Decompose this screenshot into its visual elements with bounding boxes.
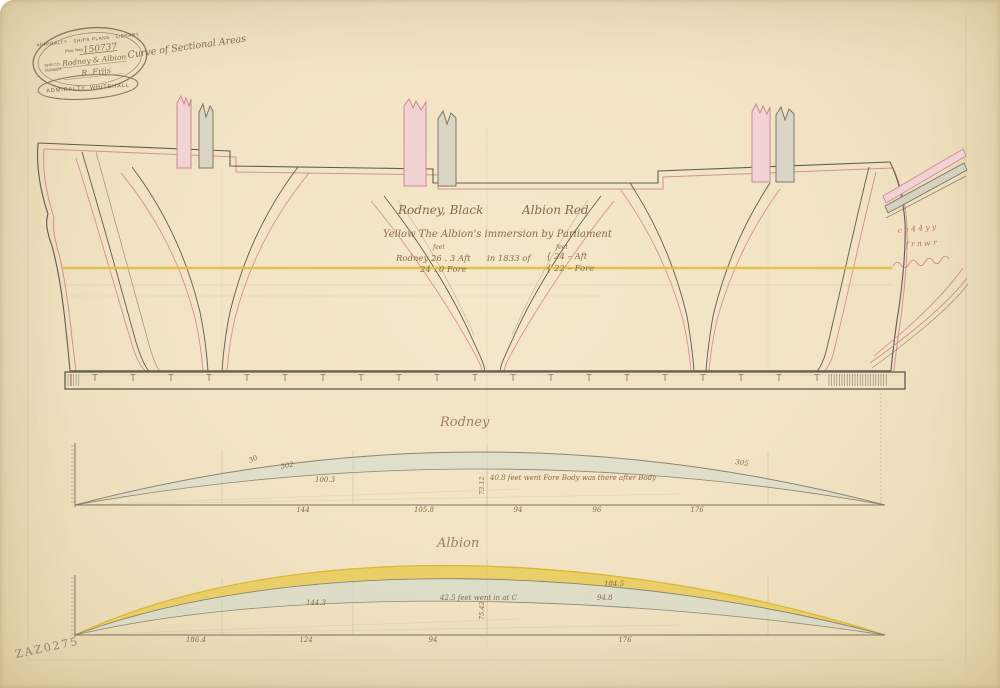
albion-area-curve-chart: Albion 184.5 42.5 feet went in at C 94.8…	[71, 536, 885, 644]
rodney-curve-label: Rodney	[439, 415, 490, 430]
legend-feet-right: feet	[555, 244, 568, 251]
rodney-base-5: 176	[690, 506, 704, 514]
station-curve-albion-aft	[121, 173, 309, 371]
scalebar-comb-left	[68, 374, 79, 386]
hull-rodney-black	[38, 143, 906, 371]
stamp-signature: R. Friis	[80, 66, 111, 78]
rodney-note: 40.8 feet went Fore Body was there after…	[489, 474, 657, 482]
rodney-base-4: 96	[593, 506, 602, 514]
rodney-n1003: 100.3	[315, 476, 336, 484]
albion-note: 42.5 feet went in at C	[439, 594, 518, 602]
station-curve-albion-fore	[620, 189, 780, 371]
rodney-area-curve-chart: Rodney 30 302 100.3 40.8 feet went Fore …	[71, 415, 885, 514]
head-rail-rodney	[872, 284, 968, 368]
mainmast-albion	[404, 99, 426, 186]
albion-base-2: 124	[299, 636, 312, 644]
albion-curve-label: Albion	[436, 536, 479, 551]
legend-draught-row1-right: { 24 – Aft	[546, 252, 588, 262]
red-scallop-marks	[893, 256, 949, 268]
rodney-base-1: 144	[296, 506, 309, 514]
rodney-n305: 305	[735, 458, 750, 468]
archive-number: ZAZ0275	[14, 635, 81, 661]
tick	[68, 374, 79, 386]
bow-curve-albion	[824, 172, 876, 371]
legend-draught-row1-mid: in 1833 of	[487, 254, 532, 264]
stamp-neg-label: Phot. Neg.	[65, 47, 84, 54]
bow-scribble-1: c e 4 4 y y	[897, 222, 937, 235]
tick	[829, 374, 886, 386]
stern-curve-rodney-2	[96, 152, 160, 371]
albion-axis-comb	[71, 578, 75, 634]
albion-stack: 75.42	[478, 601, 486, 620]
station-curve-rodney-fore	[630, 183, 770, 371]
stamp-ship-names: Rodney & Albion	[61, 52, 127, 68]
foremast-rodney	[199, 104, 213, 168]
albion-base-3: 94	[429, 636, 438, 644]
foremast-albion	[177, 96, 191, 168]
albion-base-1: 186.4	[186, 636, 206, 644]
legend-draught-row1-left: Rodney 26 . 3 Aft	[395, 254, 471, 264]
albion-n1443: 144.3	[306, 599, 327, 607]
bowsprit	[883, 149, 967, 218]
stern-curve-rodney-1	[82, 152, 149, 371]
mizzenmast-albion	[752, 104, 770, 182]
legend-yellow-note: Yellow The Albion's immersion by Parliam…	[383, 229, 613, 240]
stamp-number-label: NUMBER	[45, 67, 62, 73]
scalebar-comb-right	[829, 374, 886, 386]
legend-rodney-black: Rodney, Black	[397, 203, 483, 217]
rodney-stack: 73.12	[478, 476, 486, 495]
station-lines-faint	[222, 168, 768, 371]
albion-fan-lines	[75, 619, 680, 635]
legend-draught-row2-left: 24 . 0 Fore	[419, 265, 467, 275]
scalebar-ticks	[93, 375, 820, 382]
ship-plan-drawing: ADMIRALTY · SHIPS PLANS · LIBRARY SHIP C…	[0, 0, 1000, 688]
legend-feet-left: feet	[432, 244, 445, 251]
stern-outline-albion	[44, 149, 76, 371]
mainmast-rodney	[438, 111, 456, 186]
aged-drawing-sheet: ADMIRALTY · SHIPS PLANS · LIBRARY SHIP C…	[0, 0, 1000, 688]
albion-n1845: 184.5	[604, 580, 625, 588]
head-rails-albion	[870, 268, 967, 363]
legend-albion-red: Albion Red	[521, 203, 589, 217]
station-curve-rodney-mid	[384, 196, 601, 371]
stamp-annotation: Curve of Sectional Areas	[127, 33, 247, 61]
tick	[93, 375, 820, 382]
rodney-fan-lines	[75, 489, 680, 505]
mizzenmast-rodney	[776, 107, 794, 182]
albion-base-4: 176	[618, 636, 632, 644]
whitehall-text: ADMIRALTY, WHITEHALL	[46, 83, 130, 95]
station-curve-albion-mid	[371, 201, 614, 371]
rodney-base-2: 105.8	[414, 506, 435, 514]
rodney-n30: 30	[247, 454, 259, 465]
rodney-axis-comb	[71, 446, 75, 502]
rodney-base-3: 94	[514, 506, 523, 514]
bow-scribble-2: f r n w r	[905, 238, 938, 249]
stern-outline-rodney	[38, 143, 70, 371]
albion-n948: 94.8	[597, 594, 613, 602]
tick	[71, 446, 75, 502]
legend-draught-row2-right: { 22 – Fore	[546, 264, 594, 274]
legend-notes: Rodney, Black Albion Red Yellow The Albi…	[383, 203, 613, 275]
tick	[71, 578, 75, 634]
